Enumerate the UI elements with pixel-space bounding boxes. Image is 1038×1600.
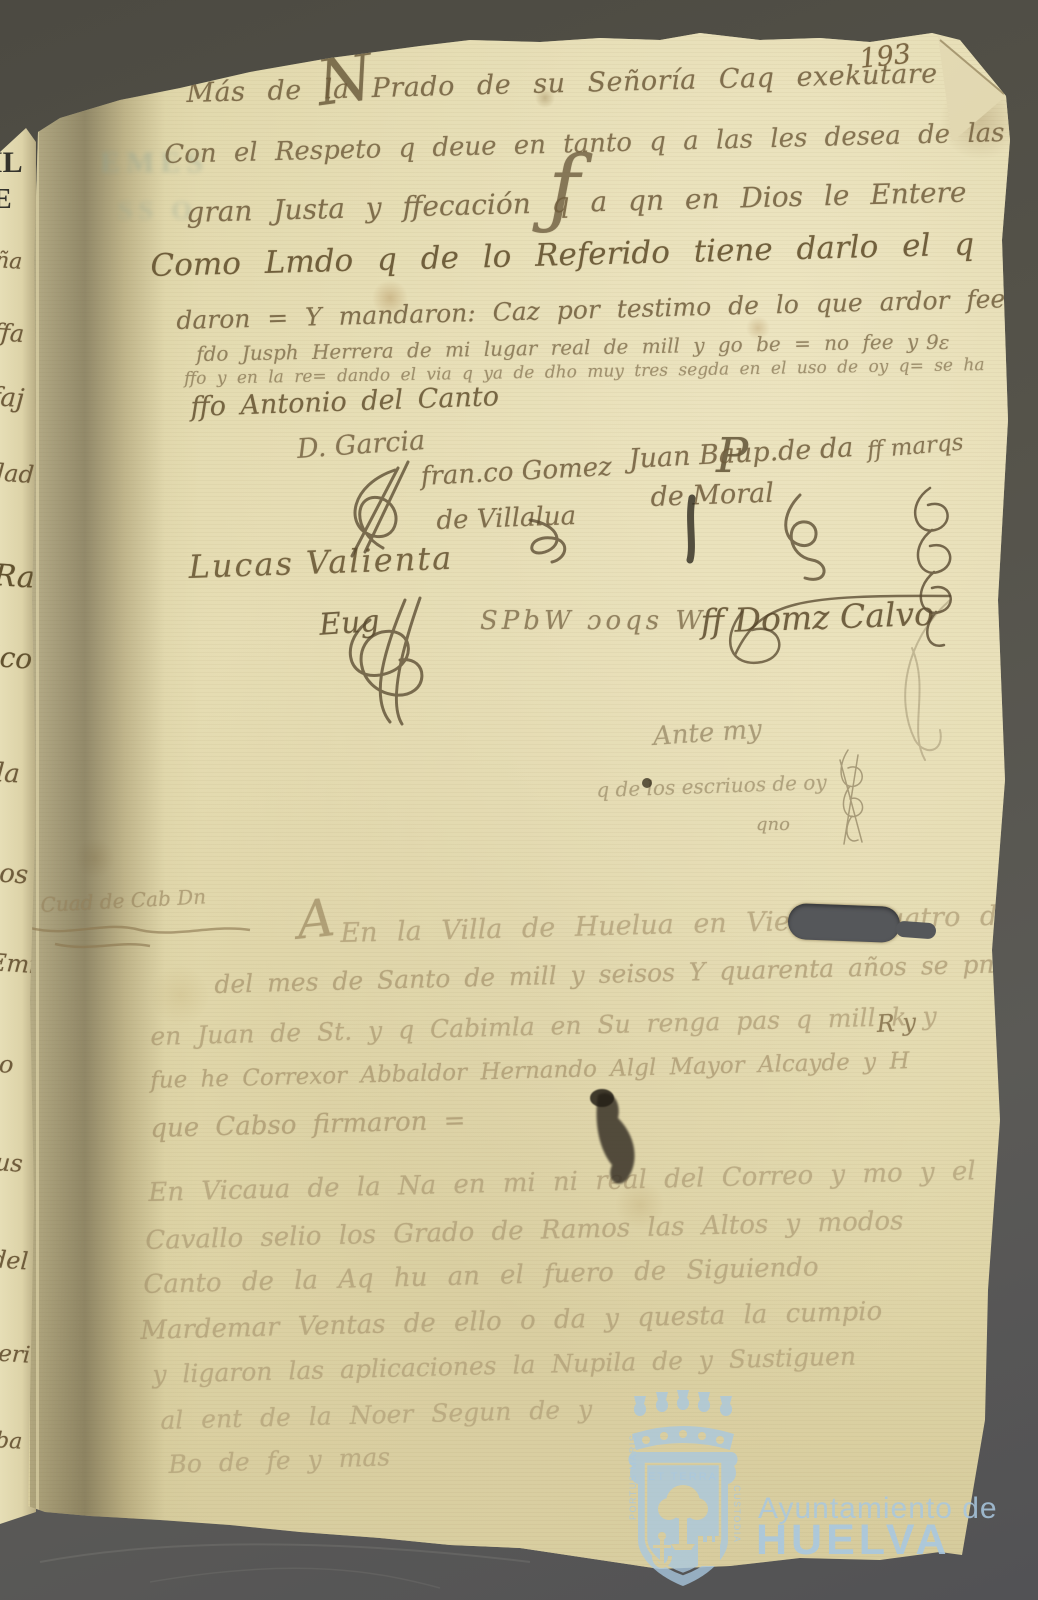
watermark-city-text: HUELVA: [756, 1516, 950, 1565]
watermark-motto-right: CUSTODIA: [732, 1485, 742, 1543]
archive-photo: IL E ña ffa faj dad Ra lco la los Emi o …: [0, 0, 1038, 1600]
watermark-motto-top: ET TERRA: [648, 1471, 718, 1483]
watermark: ET TERRA PORTUS MARIS CUSTODIA Ayuntamie…: [0, 0, 1038, 1600]
watermark-motto-left: PORTUS MARIS: [628, 1434, 638, 1520]
huelva-coat-of-arms: ET TERRA PORTUS MARIS CUSTODIA: [622, 1390, 746, 1598]
